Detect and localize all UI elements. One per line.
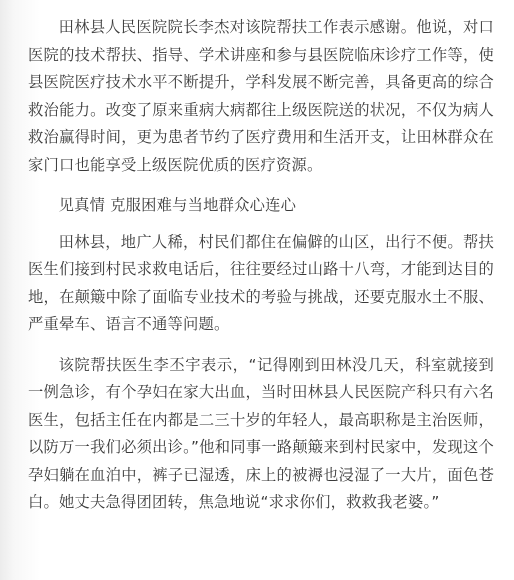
paragraph-mountain-area: 田林县，地广人稀，村民们都住在偏僻的山区，出行不便。帮扶医生们接到村民求救电话后…	[28, 229, 494, 339]
section-subheading: 见真情 克服困难与当地群众心连心	[28, 192, 494, 220]
paragraph-doctor-quote: 该院帮扶医生李丕宇表示，“记得刚到田林没几天，科室就接到一例急诊，有个孕妇在家大…	[28, 352, 494, 517]
paragraph-hospital-thanks: 田林县人民医院院长李杰对该院帮扶工作表示感谢。他说，对口医院的技术帮扶、指导、学…	[28, 14, 494, 179]
article-body: 田林县人民医院院长李杰对该院帮扶工作表示感谢。他说，对口医院的技术帮扶、指导、学…	[28, 14, 494, 530]
